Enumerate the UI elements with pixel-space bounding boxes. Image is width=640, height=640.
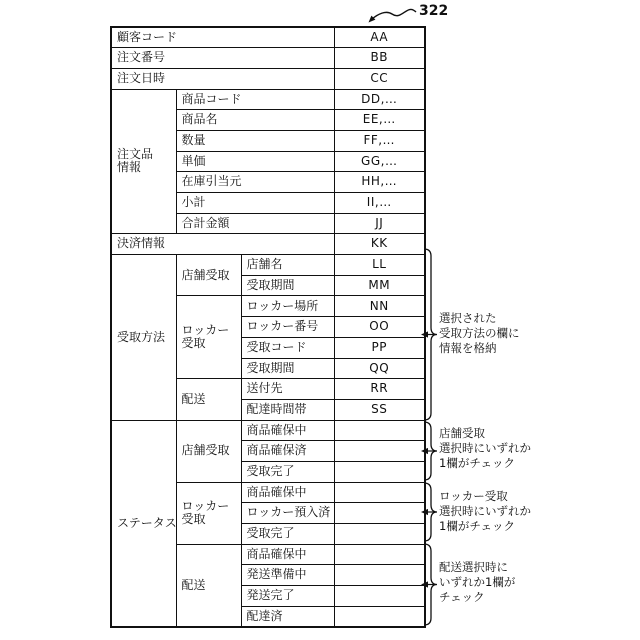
label-cell: ロッカー預入済: [241, 503, 334, 524]
figure-ref-number: 322: [419, 3, 448, 19]
value-cell: CC: [334, 68, 425, 89]
label-cell: 注文品情報: [111, 89, 176, 234]
value-cell: [334, 565, 425, 586]
table-row: 注文品情報商品コードDD,…: [111, 89, 425, 110]
label-cell: 配送: [176, 544, 241, 627]
table-row: 顧客コードAA: [111, 27, 425, 48]
value-cell: [334, 503, 425, 524]
value-cell: NN: [334, 296, 425, 317]
label-cell: 発送準備中: [241, 565, 334, 586]
label-cell: ロッカー番号: [241, 317, 334, 338]
value-cell: [334, 586, 425, 607]
value-cell: MM: [334, 275, 425, 296]
value-cell: [334, 420, 425, 441]
label-cell: 受取期間: [241, 358, 334, 379]
label-cell: ロッカー場所: [241, 296, 334, 317]
table-row: 決済情報KK: [111, 234, 425, 255]
annotation-delivery-status: 配送選択時に いずれか1欄が チェック: [439, 560, 515, 605]
value-cell: [334, 524, 425, 545]
label-cell: 店舗名: [241, 255, 334, 276]
value-cell: SS: [334, 399, 425, 420]
annotation-locker-status: ロッカー受取 選択時にいずれか 1欄がチェック: [439, 489, 531, 534]
label-cell: 小計: [176, 193, 334, 214]
value-cell: [334, 606, 425, 627]
value-cell: GG,…: [334, 151, 425, 172]
value-cell: [334, 544, 425, 565]
annotation-store-status: 店舗受取 選択時にいずれか 1欄がチェック: [439, 426, 531, 471]
label-cell: 受取完了: [241, 461, 334, 482]
label-cell: 顧客コード: [111, 27, 334, 48]
value-cell: [334, 461, 425, 482]
value-cell: [334, 441, 425, 462]
label-cell: 注文番号: [111, 48, 334, 69]
label-cell: 決済情報: [111, 234, 334, 255]
label-cell: 商品確保中: [241, 420, 334, 441]
ref-arrow: [369, 9, 417, 22]
label-cell: 送付先: [241, 379, 334, 400]
value-cell: II,…: [334, 193, 425, 214]
label-cell: 受取コード: [241, 337, 334, 358]
order-data-table-body: 顧客コードAA注文番号BB注文日時CC注文品情報商品コードDD,…商品名EE,……: [111, 27, 425, 627]
label-cell: 合計金額: [176, 213, 334, 234]
value-cell: LL: [334, 255, 425, 276]
patent-figure: 322 顧客コードAA注文番号BB注文日時CC注文品情報商品コードDD,…商品名…: [0, 0, 640, 640]
value-cell: FF,…: [334, 130, 425, 151]
value-cell: [334, 482, 425, 503]
label-cell: 単価: [176, 151, 334, 172]
annotation-pickup-method: 選択された 受取方法の欄に 情報を格納: [439, 311, 520, 356]
label-cell: 商品確保中: [241, 482, 334, 503]
table-row: ステータス店舗受取商品確保中: [111, 420, 425, 441]
label-cell: 受取方法: [111, 255, 176, 421]
table-row: 注文日時CC: [111, 68, 425, 89]
value-cell: BB: [334, 48, 425, 69]
label-cell: 受取期間: [241, 275, 334, 296]
label-cell: ロッカー受取: [176, 482, 241, 544]
value-cell: PP: [334, 337, 425, 358]
label-cell: 配送: [176, 379, 241, 420]
label-cell: 受取完了: [241, 524, 334, 545]
value-cell: EE,…: [334, 110, 425, 131]
label-cell: 数量: [176, 130, 334, 151]
value-cell: RR: [334, 379, 425, 400]
value-cell: QQ: [334, 358, 425, 379]
value-cell: JJ: [334, 213, 425, 234]
label-cell: 注文日時: [111, 68, 334, 89]
label-cell: 商品名: [176, 110, 334, 131]
order-data-table: 顧客コードAA注文番号BB注文日時CC注文品情報商品コードDD,…商品名EE,……: [110, 26, 426, 628]
value-cell: DD,…: [334, 89, 425, 110]
label-cell: 在庫引当元: [176, 172, 334, 193]
label-cell: 商品コード: [176, 89, 334, 110]
label-cell: 商品確保済: [241, 441, 334, 462]
label-cell: 商品確保中: [241, 544, 334, 565]
label-cell: ロッカー受取: [176, 296, 241, 379]
table-row: 注文番号BB: [111, 48, 425, 69]
label-cell: 店舗受取: [176, 420, 241, 482]
label-cell: 発送完了: [241, 586, 334, 607]
value-cell: HH,…: [334, 172, 425, 193]
label-cell: 店舗受取: [176, 255, 241, 296]
table-row: 受取方法店舗受取店舗名LL: [111, 255, 425, 276]
label-cell: 配達時間帯: [241, 399, 334, 420]
value-cell: AA: [334, 27, 425, 48]
value-cell: OO: [334, 317, 425, 338]
label-cell: ステータス: [111, 420, 176, 627]
value-cell: KK: [334, 234, 425, 255]
label-cell: 配達済: [241, 606, 334, 627]
